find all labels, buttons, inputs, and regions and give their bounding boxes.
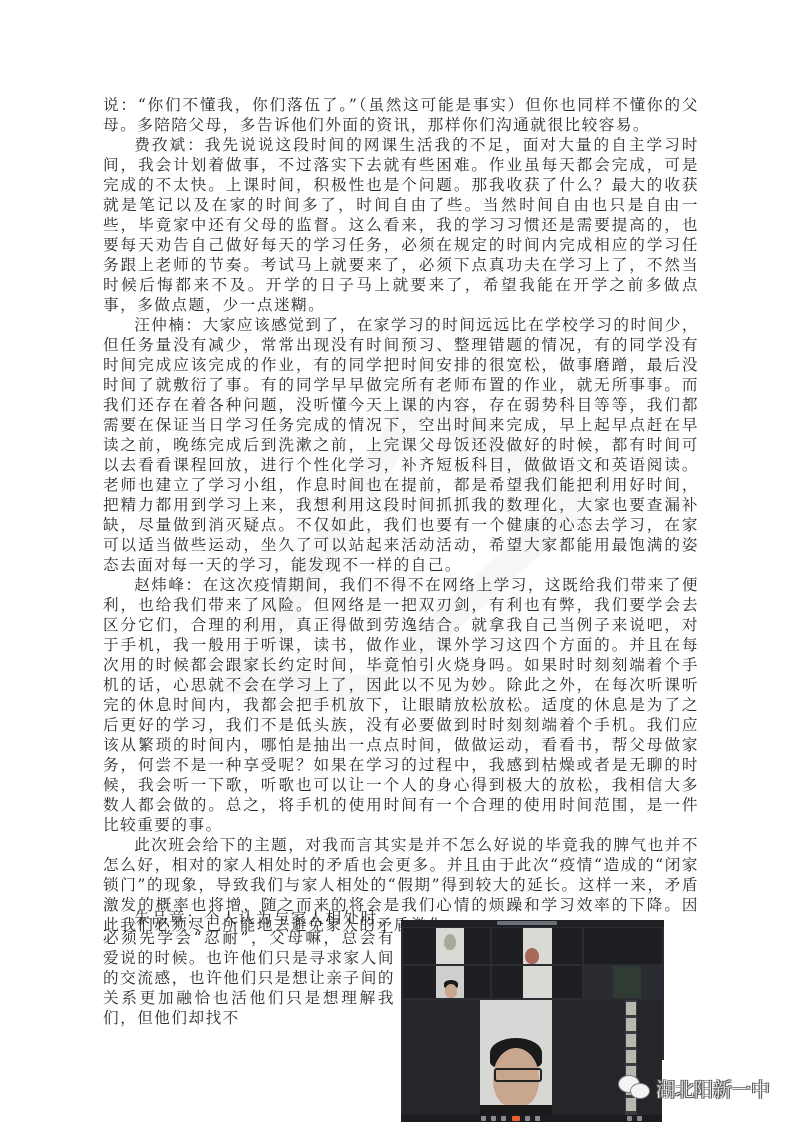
paragraph-zhao: 赵炜峰：在这次疫情期间，我们不得不在网络上学习，这既给我们带来了便利，也给我们带… — [103, 575, 699, 835]
camera-icon — [491, 1116, 496, 1121]
wrapped-text-block: 朱品章：个人认为与家人相处时，必须先学会“忍耐”，父母嘛，总会有爱说的时候。也许… — [103, 908, 395, 1028]
window-titlebar — [401, 920, 664, 927]
share-icon — [501, 1116, 506, 1121]
main-speaker-video — [480, 1000, 552, 1122]
wechat-brand-watermark: 湖北阳新一中 — [618, 1070, 796, 1106]
participant-video — [436, 966, 464, 998]
settings-icon — [637, 1116, 642, 1121]
participant-tile: 会议 — [584, 928, 662, 964]
view-icon — [627, 1116, 632, 1121]
article-body: 说：“你们不懂我，你们落伍了。”（虽然这可能是事实）但你也同样不懂你的父母。多陪… — [103, 95, 699, 935]
participant-video — [523, 966, 552, 998]
wechat-icon — [618, 1075, 652, 1101]
participants-icon — [535, 1116, 540, 1121]
end-call-icon — [512, 1116, 520, 1121]
chat-icon — [525, 1116, 530, 1121]
meeting-toolbar — [401, 1115, 664, 1122]
participant-video — [613, 966, 641, 998]
mic-icon — [481, 1116, 486, 1121]
paragraph-continuation: 说：“你们不懂我，你们落伍了。”（虽然这可能是事实）但你也同样不懂你的父母。多陪… — [103, 95, 699, 135]
paragraph-fei: 费孜斌：我先说说这段时间的网课生活我的不足，面对大量的自主学习时间，我会计划着做… — [103, 135, 699, 315]
document-page: 说：“你们不懂我，你们落伍了。”（虽然这可能是事实）但你也同样不懂你的父母。多陪… — [0, 0, 796, 1122]
participant-video — [523, 928, 552, 964]
brand-name: 湖北阳新一中 — [656, 1075, 770, 1102]
glasses — [494, 1068, 542, 1082]
paragraph-wang: 汪仲楠：大家应该感觉到了，在家学习的时间远远比在学校学习的时间少，但任务量没有减… — [103, 315, 699, 575]
paragraph-zhu: 朱品章：个人认为与家人相处时，必须先学会“忍耐”，父母嘛，总会有爱说的时候。也许… — [103, 908, 395, 1028]
participant-video — [436, 928, 464, 964]
